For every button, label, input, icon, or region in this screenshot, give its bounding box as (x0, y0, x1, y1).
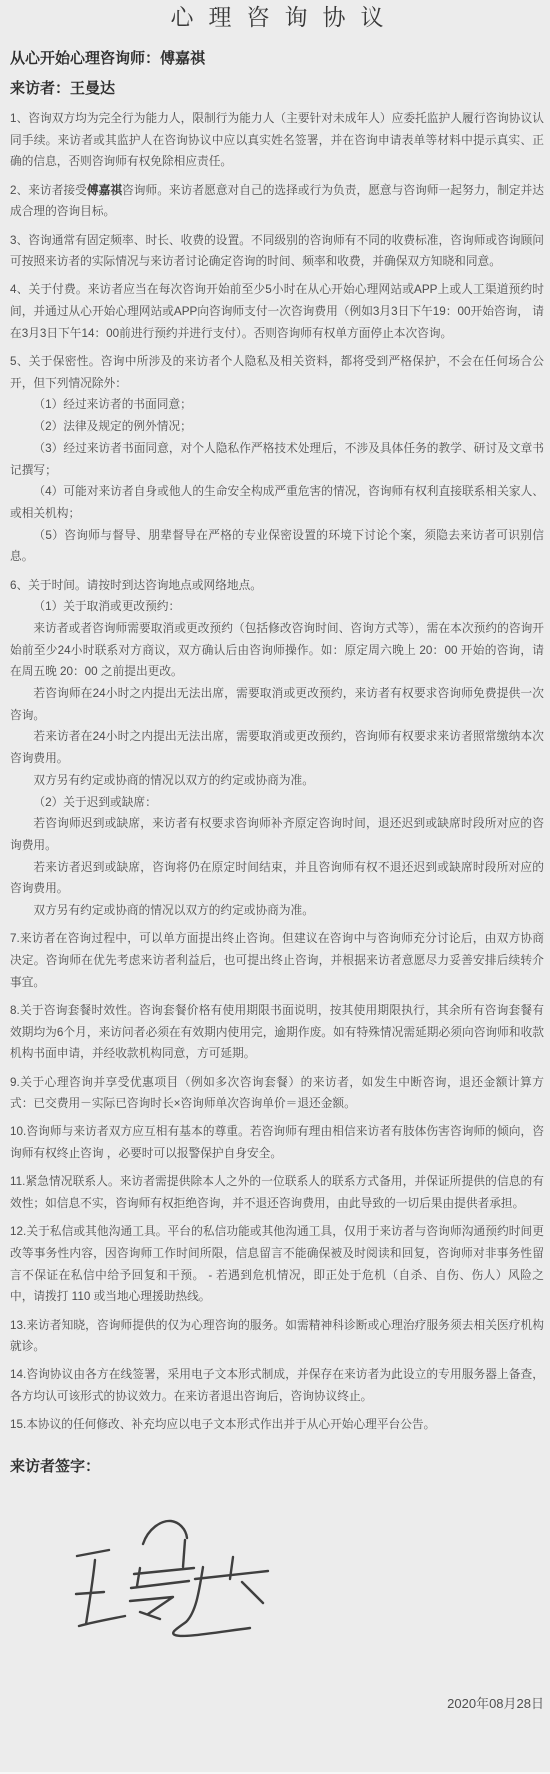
clause-list: 1、咨询双方均为完全行为能力人，限制行为能力人（主要针对未成年人）应委托监护人履… (10, 108, 544, 1436)
clause-segment: 傅嘉祺 (87, 184, 122, 197)
visitor-signature-drawing (60, 1505, 300, 1655)
agreement-clause: 5、关于保密性。咨询中所涉及的来访者个人隐私及相关资料，都将受到严格保护，不会在… (10, 351, 544, 394)
agreement-clause: （1）关于取消或更改预约： (10, 596, 544, 618)
agreement-clause: 2、来访者接受傅嘉祺咨询师。来访者愿意对自己的选择或行为负责，愿意与咨询师一起努… (10, 180, 544, 223)
agreement-clause: 8.关于咨询套餐时效性。咨询套餐价格有使用期限书面说明，按其使用期限执行，其余所… (10, 1000, 544, 1065)
agreement-clause: 若来访者迟到或缺席，咨询将仍在原定时间结束，并且咨询师有权不退还迟到或缺席时段所… (10, 857, 544, 900)
agreement-clause: 7.来访者在咨询过程中，可以单方面提出终止咨询。但建议在咨询中与咨询师充分讨论后… (10, 928, 544, 993)
visitor-label: 来访者： (10, 80, 70, 97)
agreement-clause: 若咨询师迟到或缺席，来访者有权要求咨询师补齐原定咨询时间，退还迟到或缺席时段所对… (10, 813, 544, 856)
agreement-document: 心理咨询协议 从心开始心理咨询师：傅嘉祺 来访者：王曼达 1、咨询双方均为完全行… (0, 0, 550, 1774)
agreement-clause: 13.来访者知晓，咨询师提供的仅为心理咨询的服务。如需精神科诊断或心理治疗服务须… (10, 1315, 544, 1358)
agreement-clause: （2）法律及规定的例外情况； (10, 416, 544, 438)
visitor-line: 来访者：王曼达 (10, 78, 544, 100)
agreement-clause: 双方另有约定或协商的情况以双方的约定或协商为准。 (10, 770, 544, 792)
agreement-clause: 1、咨询双方均为完全行为能力人，限制行为能力人（主要针对未成年人）应委托监护人履… (10, 108, 544, 173)
agreement-clause: 3、咨询通常有固定频率、时长、收费的设置。不同级别的咨询师有不同的收费标准，咨询… (10, 230, 544, 273)
signature-label: 来访者签字： (10, 1456, 544, 1478)
agreement-clause: 若来访者在24小时之内提出无法出席，需要取消或更改预约，咨询师有权要求来访者照常… (10, 726, 544, 769)
agreement-clause: 双方另有约定或协商的情况以双方的约定或协商为准。 (10, 900, 544, 922)
agreement-clause: 12.关于私信或其他沟通工具。平台的私信功能或其他沟通工具，仅用于来访者与咨询师… (10, 1221, 544, 1308)
agreement-clause: （2）关于迟到或缺席： (10, 792, 544, 814)
counselor-name: 傅嘉祺 (160, 50, 205, 67)
agreement-clause: 6、关于时间。请按时到达咨询地点或网络地点。 (10, 575, 544, 597)
agreement-clause: 11.紧急情况联系人。来访者需提供除本人之外的一位联系人的联系方式备用，并保证所… (10, 1171, 544, 1214)
counselor-line: 从心开始心理咨询师：傅嘉祺 (10, 48, 544, 70)
clause-segment: 2、来访者接受 (10, 184, 87, 197)
agreement-clause: （3）经过来访者书面同意，对个人隐私作严格技术处理后，不涉及具体任务的教学、研讨… (10, 438, 544, 481)
counselor-label: 从心开始心理咨询师： (10, 50, 160, 67)
signing-date: 2020年08月28日 (10, 1694, 544, 1714)
agreement-clause: 10.咨询师与来访者双方应互相有基本的尊重。若咨询师有理由相信来访者有肢体伤害咨… (10, 1121, 544, 1164)
agreement-clause: 15.本协议的任何修改、补充均应以电子文本形式作出并于从心开始心理平台公告。 (10, 1414, 544, 1436)
agreement-clause: 14.咨询协议由各方在线签署，采用电子文本形式制成，并保存在来访者为此设立的专用… (10, 1364, 544, 1407)
visitor-name: 王曼达 (70, 80, 115, 97)
page-title: 心理咨询协议 (10, 2, 544, 32)
agreement-clause: （1）经过来访者的书面同意； (10, 394, 544, 416)
agreement-clause: 若咨询师在24小时之内提出无法出席，需要取消或更改预约，来访者有权要求咨询师免费… (10, 683, 544, 726)
agreement-clause: （5）咨询师与督导、朋辈督导在严格的专业保密设置的环境下讨论个案，须隐去来访者可… (10, 525, 544, 568)
agreement-clause: （4）可能对来访者自身或他人的生命安全构成严重危害的情况，咨询师有权利直接联系相… (10, 481, 544, 524)
agreement-clause: 4、关于付费。来访者应当在每次咨询开始前至少5小时在从心开始心理网站或APP上或… (10, 279, 544, 344)
agreement-clause: 来访者或者咨询师需要取消或更改预约（包括修改咨询时间、咨询方式等），需在本次预约… (10, 618, 544, 683)
agreement-clause: 9.关于心理咨询并享受优惠项目（例如多次咨询套餐）的来访者，如发生中断咨询，退还… (10, 1072, 544, 1115)
